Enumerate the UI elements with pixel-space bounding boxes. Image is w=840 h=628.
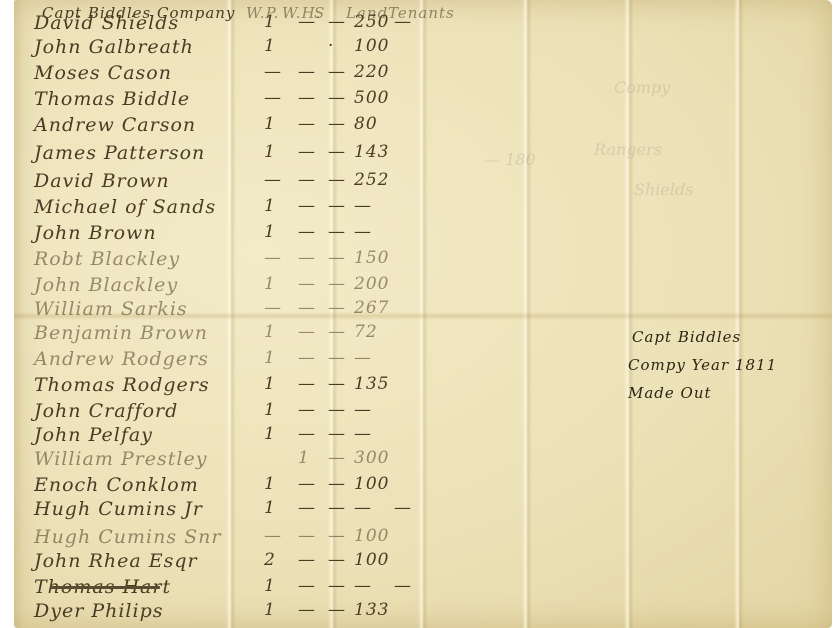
entry-name: Dyer Philips [34, 600, 164, 622]
entry-land: — [354, 400, 372, 420]
entry-wp: 1 [264, 424, 276, 444]
entry-land: 500 [354, 88, 389, 108]
entry-s: — [328, 600, 346, 620]
entry-land: 143 [354, 142, 389, 162]
entry-s: — [328, 298, 346, 318]
entry-name: David Brown [34, 170, 170, 192]
entry-name: John Pelfay [34, 424, 153, 446]
entry-wh: — [298, 274, 316, 294]
entry-s: — [328, 424, 346, 444]
entry-wh: — [298, 142, 316, 162]
endorsement-line-2: Compy Year 1811 [628, 356, 777, 374]
entry-s: — [328, 400, 346, 420]
entry-wp: — [264, 248, 282, 268]
entry-name: John Blackley [34, 274, 178, 296]
entry-s: — [328, 170, 346, 190]
entry-wh: — [298, 526, 316, 546]
entry-land: — [354, 348, 372, 368]
entry-wp: 1 [264, 36, 276, 56]
entry-wp: 1 [264, 400, 276, 420]
entry-wp: 1 [264, 12, 276, 32]
entry-wp: 1 [264, 600, 276, 620]
entry-wp: 1 [264, 196, 276, 216]
entry-wh: — [298, 374, 316, 394]
entry-s: — [328, 12, 346, 32]
entry-name: Thomas Biddle [34, 88, 190, 110]
entry-land: — [354, 498, 372, 518]
entry-wp: — [264, 62, 282, 82]
entry-land: 100 [354, 550, 389, 570]
entry-wh: — [298, 114, 316, 134]
entry-wh: — [298, 322, 316, 342]
entry-name: Andrew Rodgers [34, 348, 209, 370]
entry-wp: 2 [264, 550, 276, 570]
entry-wh: — [298, 88, 316, 108]
entry-wp: — [264, 526, 282, 546]
entry-wp: 1 [264, 274, 276, 294]
entry-name: James Patterson [34, 142, 205, 164]
entry-land: 267 [354, 298, 389, 318]
entry-land: — [354, 222, 372, 242]
entry-land: 100 [354, 526, 389, 546]
entry-name: John Galbreath [34, 36, 194, 58]
entry-wh: — [298, 474, 316, 494]
entry-s: — [328, 576, 346, 596]
entry-s: — [328, 348, 346, 368]
entry-wp: — [264, 88, 282, 108]
entry-wp: — [264, 170, 282, 190]
entry-name: John Crafford [34, 400, 178, 422]
entry-wh: — [298, 196, 316, 216]
entry-s: — [328, 526, 346, 546]
entry-wh: — [298, 348, 316, 368]
entry-s: — [328, 374, 346, 394]
entry-land: 135 [354, 374, 389, 394]
entry-s: — [328, 62, 346, 82]
entry-name: Robt Blackley [34, 248, 180, 270]
entry-land: 80 [354, 114, 378, 134]
entry-s: — [328, 88, 346, 108]
entry-tenants: — [394, 576, 412, 596]
endorsement-line-3: Made Out [628, 384, 712, 402]
entry-wh: — [298, 12, 316, 32]
entry-wh: — [298, 600, 316, 620]
entry-s: — [328, 550, 346, 570]
entry-wh: — [298, 550, 316, 570]
entry-wh: — [298, 498, 316, 518]
entry-name: Thomas Rodgers [34, 374, 210, 396]
entry-land: 150 [354, 248, 389, 268]
entry-name: John Brown [34, 222, 157, 244]
entry-wp: 1 [264, 576, 276, 596]
entry-wp: 1 [264, 222, 276, 242]
entry-wh: — [298, 576, 316, 596]
entry-land: — [354, 196, 372, 216]
strikethrough-underline [50, 586, 160, 589]
entry-name: Michael of Sands [34, 196, 216, 218]
entry-name: Enoch Conklom [34, 474, 199, 496]
entry-wp: 1 [264, 474, 276, 494]
entry-wp: 1 [264, 374, 276, 394]
entry-s: — [328, 114, 346, 134]
entry-land: 250 [354, 12, 389, 32]
entry-name: Benjamin Brown [34, 322, 208, 344]
entry-wp: 1 [264, 142, 276, 162]
entry-wp: — [264, 298, 282, 318]
entry-land: 100 [354, 474, 389, 494]
entry-wp: 1 [264, 114, 276, 134]
entry-s: — [328, 498, 346, 518]
entry-land: 133 [354, 600, 389, 620]
entry-name: John Rhea Esqr [34, 550, 198, 572]
entry-name: William Prestley [34, 448, 207, 470]
entry-name: David Shields [34, 12, 179, 34]
entry-tenants: — [394, 12, 412, 32]
entry-land: — [354, 424, 372, 444]
entry-s: · [328, 36, 334, 56]
entry-s: — [328, 248, 346, 268]
entry-wh: 1 [298, 448, 310, 468]
entry-s: — [328, 196, 346, 216]
entry-name: Hugh Cumins Jr [34, 498, 203, 520]
entry-wp: 1 [264, 322, 276, 342]
entry-s: — [328, 448, 346, 468]
entry-wh: — [298, 62, 316, 82]
endorsement-line-1: Capt Biddles [632, 328, 741, 346]
entry-wh: — [298, 248, 316, 268]
entry-wh: — [298, 222, 316, 242]
entry-s: — [328, 322, 346, 342]
entry-name: Hugh Cumins Snr [34, 526, 221, 548]
entry-s: — [328, 142, 346, 162]
entry-wh: — [298, 170, 316, 190]
entry-land: — [354, 576, 372, 596]
entry-land: 300 [354, 448, 389, 468]
entry-wh: — [298, 424, 316, 444]
entry-s: — [328, 222, 346, 242]
entry-name: William Sarkis [34, 298, 188, 320]
entry-wh: — [298, 298, 316, 318]
entry-land: 252 [354, 170, 389, 190]
entry-s: — [328, 474, 346, 494]
document-page: Compy Rangers Shields — 180 Capt Biddles… [14, 0, 832, 628]
entry-land: 200 [354, 274, 389, 294]
entry-wh: — [298, 400, 316, 420]
entry-name: Moses Cason [34, 62, 172, 84]
entry-wp: 1 [264, 348, 276, 368]
entry-land: 220 [354, 62, 389, 82]
entry-name: Andrew Carson [34, 114, 196, 136]
entry-land: 100 [354, 36, 389, 56]
entry-tenants: — [394, 498, 412, 518]
entry-wp: 1 [264, 498, 276, 518]
entry-land: 72 [354, 322, 378, 342]
entry-s: — [328, 274, 346, 294]
